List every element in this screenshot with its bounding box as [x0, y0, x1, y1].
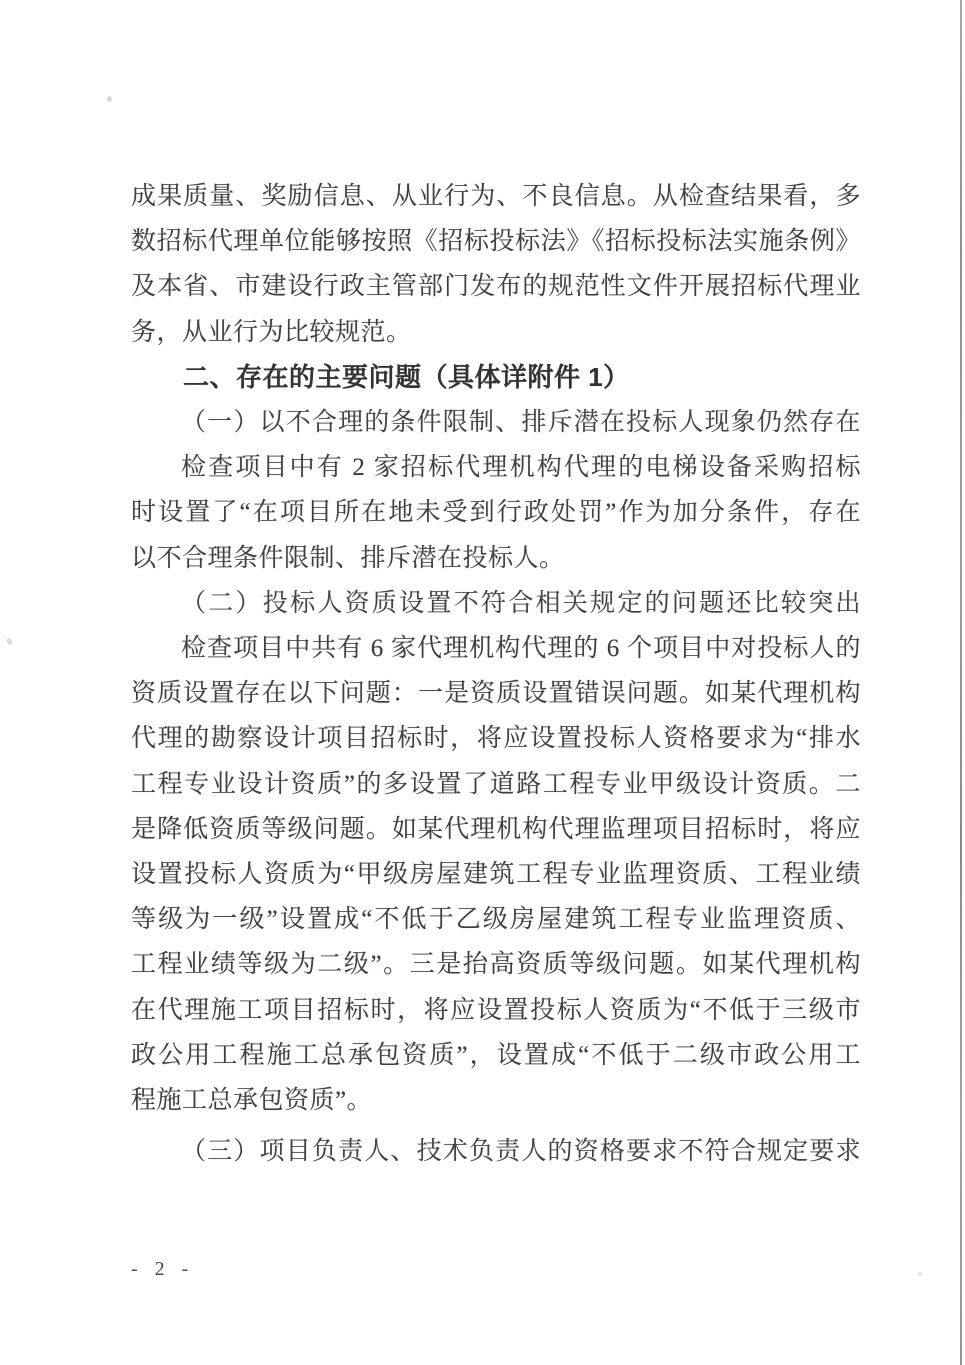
scan-speck [6, 637, 14, 646]
subsection-heading-line: （二）投标人资质设置不符合相关规定的问题还比较突出 [131, 581, 861, 626]
text-line: 工程专业设计资质”的多设置了道路工程专业甲级设计资质。二 [131, 762, 861, 807]
text-line: 以不合理条件限制、排斥潜在投标人。 [131, 536, 861, 581]
text-line: 数招标代理单位能够按照《招标投标法》《招标投标法实施条例》 [131, 219, 861, 264]
text-line: 及本省、市建设行政主管部门发布的规范性文件开展招标代理业 [131, 264, 861, 309]
scan-speck [918, 1272, 922, 1276]
scanned-document-page: 成果质量、奖励信息、从业行为、不良信息。从检查结果看，多数招标代理单位能够按照《… [0, 0, 965, 1365]
text-line: 设置投标人资质为“甲级房屋建筑工程专业监理资质、工程业绩 [131, 852, 861, 897]
text-line: 在代理施工项目招标时，将应设置投标人资质为“不低于三级市 [131, 988, 861, 1033]
scan-speck [106, 95, 113, 102]
text-line: 务，从业行为比较规范。 [131, 310, 861, 355]
text-line: 政公用工程施工总承包资质”，设置成“不低于二级市政公用工 [131, 1033, 861, 1078]
document-text-block: 成果质量、奖励信息、从业行为、不良信息。从检查结果看，多数招标代理单位能够按照《… [131, 174, 861, 1174]
text-line: 检查项目中有 2 家招标代理机构代理的电梯设备采购招标 [131, 445, 861, 490]
subsection-heading-line: （三）项目负责人、技术负责人的资格要求不符合规定要求 [131, 1129, 861, 1174]
text-line: 是降低资质等级问题。如某代理机构代理监理项目招标时，将应 [131, 807, 861, 852]
text-line: 资质设置存在以下问题：一是资质设置错误问题。如某代理机构 [131, 671, 861, 716]
text-line: 程施工总承包资质”。 [131, 1078, 861, 1123]
page-number: - 2 - [131, 1258, 194, 1281]
text-line: 等级为一级”设置成“不低于乙级房屋建筑工程专业监理资质、 [131, 897, 861, 942]
text-line: 成果质量、奖励信息、从业行为、不良信息。从检查结果看，多 [131, 174, 861, 219]
text-line: 代理的勘察设计项目招标时，将应设置投标人资格要求为“排水 [131, 716, 861, 761]
subsection-heading-line: （一）以不合理的条件限制、排斥潜在投标人现象仍然存在 [131, 400, 861, 445]
section-heading: 二、存在的主要问题（具体详附件 1） [131, 355, 861, 400]
text-line: 工程业绩等级为二级”。三是抬高资质等级问题。如某代理机构 [131, 942, 861, 987]
scan-paper-edge-line [960, 0, 962, 1365]
text-line: 检查项目中共有 6 家代理机构代理的 6 个项目中对投标人的 [131, 626, 861, 671]
text-line: 时设置了“在项目所在地未受到行政处罚”作为加分条件，存在 [131, 490, 861, 535]
